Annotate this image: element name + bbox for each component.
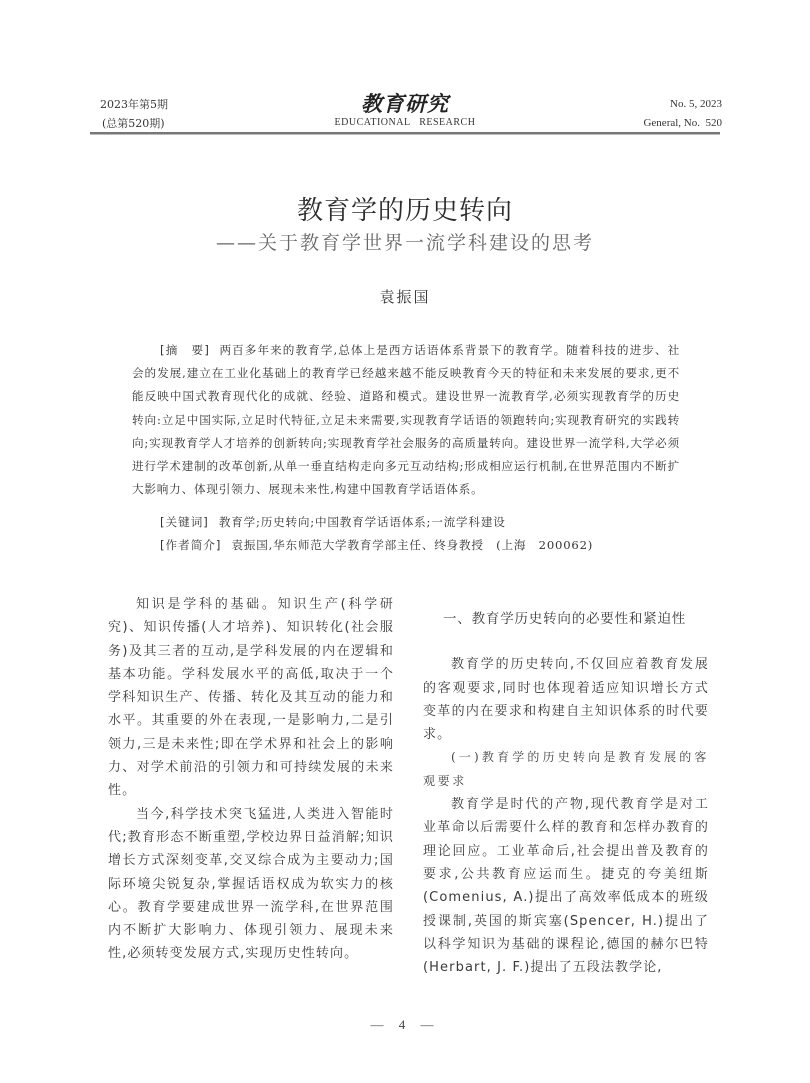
article-title: 教育学的历史转向 bbox=[0, 190, 810, 227]
general-number-en: General, No. 520 bbox=[643, 114, 722, 133]
author-bio-line: [作者简介]袁振国,华东师范大学教育学部主任、终身教授 (上海 200062) bbox=[160, 534, 593, 557]
author-bio-label: [作者简介] bbox=[160, 538, 221, 552]
header-rule bbox=[90, 132, 720, 135]
author-bio-text: 袁振国,华东师范大学教育学部主任、终身教授 (上海 200062) bbox=[231, 538, 593, 552]
issue-info-en: No. 5, 2023 General, No. 520 bbox=[643, 95, 722, 133]
keywords-text: 教育学;历史转向;中国教育学话语体系;一流学科建设 bbox=[219, 515, 506, 529]
body-left-column: 知识是学科的基础。知识生产(科学研究)、知识传播(人才培养)、知识转化(社会服务… bbox=[108, 593, 394, 966]
article-author: 袁振国 bbox=[0, 286, 810, 307]
keywords-label: [关键词] bbox=[160, 515, 209, 529]
body-right-column: 一、教育学历史转向的必要性和紧迫性 教育学的历史转向,不仅回应着教育发展的客观要… bbox=[423, 608, 709, 979]
journal-header: 2023年第5期 (总第520期) 教育研究 EDUCATIONAL RESEA… bbox=[88, 92, 722, 132]
body-paragraph: 知识是学科的基础。知识生产(科学研究)、知识传播(人才培养)、知识转化(社会服务… bbox=[108, 593, 394, 803]
article-subtitle: ——关于教育学世界一流学科建设的思考 bbox=[0, 228, 810, 255]
article-meta: [关键词]教育学;历史转向;中国教育学话语体系;一流学科建设 [作者简介]袁振国… bbox=[160, 511, 593, 557]
abstract-label: [摘 要] bbox=[160, 343, 210, 357]
abstract-text: 两百多年来的教育学,总体上是西方话语体系背景下的教育学。随着科技的进步、社会的发… bbox=[132, 343, 680, 496]
issue-number-en: No. 5, 2023 bbox=[643, 95, 722, 114]
abstract-block: [摘 要] 两百多年来的教育学,总体上是西方话语体系背景下的教育学。随着科技的进… bbox=[132, 339, 680, 501]
body-paragraph: 教育学是时代的产物,现代教育学是对工业革命以后需要什么样的教育和怎样办教育的理论… bbox=[423, 793, 709, 979]
spacer bbox=[423, 631, 709, 653]
section-heading: 一、教育学历史转向的必要性和紧迫性 bbox=[423, 608, 709, 631]
body-paragraph: 当今,科学技术突飞猛进,人类进入智能时代;教育形态不断重塑,学校边界日益消解;知… bbox=[108, 803, 394, 966]
keywords-line: [关键词]教育学;历史转向;中国教育学话语体系;一流学科建设 bbox=[160, 511, 593, 534]
journal-masthead: 教育研究 EDUCATIONAL RESEARCH bbox=[88, 92, 722, 130]
page-number: — 4 — bbox=[0, 1017, 810, 1033]
journal-name-en: EDUCATIONAL RESEARCH bbox=[88, 116, 722, 130]
subsection-heading: (一)教育学的历史转向是教育发展的客观要求 bbox=[423, 746, 709, 793]
journal-logo: 教育研究 bbox=[88, 92, 722, 116]
body-paragraph: 教育学的历史转向,不仅回应着教育发展的客观要求,同时也体现着适应知识增长方式变革… bbox=[423, 653, 709, 746]
